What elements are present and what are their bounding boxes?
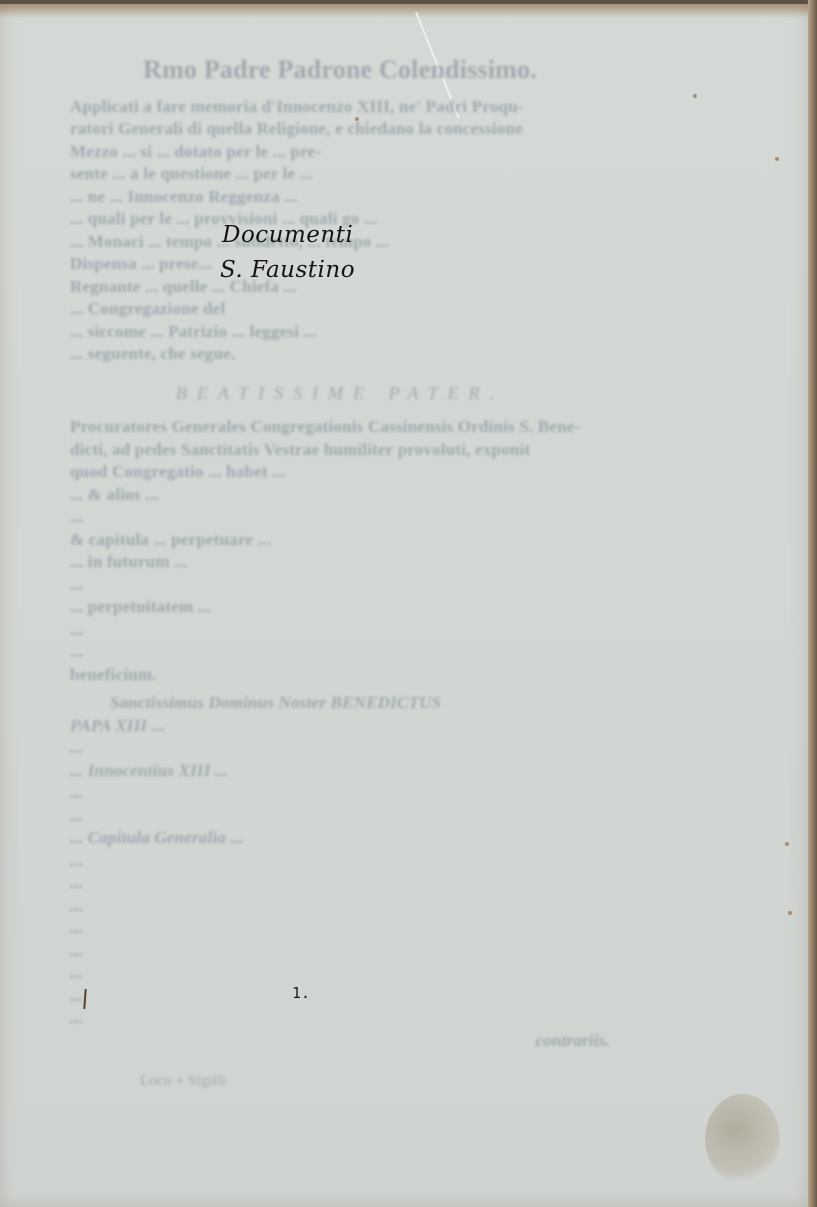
text-line: ... [70,962,610,985]
text-line: ratori Generali di quella Religione, e c… [70,118,610,141]
handwritten-label-line2: S. Faustino [220,257,355,283]
text-line: ... [70,574,610,597]
bleed-paragraph-2: Procuratores Generales Congregationis Ca… [70,416,610,686]
text-line: ... ne ... Innocenzo Reggenza ... [70,186,610,209]
text-line: PAPA XIII ... [70,715,610,738]
text-line: ... [70,895,610,918]
text-line: ... seguente, che segue. [70,343,610,366]
text-line: ... [70,805,610,828]
text-line: ... in futurum ... [70,551,610,574]
text-line: ... Innocentius XIII ... [70,760,610,783]
text-line: beneficium. [70,664,610,687]
text-line: ... [70,917,610,940]
foxing-spot [775,157,779,161]
page-number-mark: 1. [292,984,310,1002]
text-line: ... Capitula Generalia ... [70,827,610,850]
bleed-subheading: BEATISSIME PATER. [70,382,610,405]
bleed-heading: Rmo Padre Padrone Colendissimo. [70,59,610,82]
text-line: Mezzo ... si ... dotato per le ... pre- [70,141,610,164]
text-line: sente ... a le questione ... per le ... [70,163,610,186]
text-line: ... [70,782,610,805]
text-line: dicti, ad pedes Sanctitatis Vestrae humi… [70,439,610,462]
text-line: quod Congregatio ... habet ... [70,461,610,484]
water-stain [705,1094,780,1184]
text-line: ... [70,850,610,873]
text-line: Procuratores Generales Congregationis Ca… [70,416,610,439]
text-line: ... [70,1007,610,1030]
text-line: ... [70,940,610,963]
page-right-edge [808,0,817,1207]
bleed-signature: Loco + Sigilli [140,1070,610,1093]
foxing-spot [785,842,789,846]
text-line: ... [70,619,610,642]
handwritten-label-line1: Documenti [222,222,353,248]
top-edge-stain [0,4,808,18]
text-line: ... Congregazione del [70,298,610,321]
text-line: ... [70,872,610,895]
text-line: Applicati a fare memoria d'Innocenzo XII… [70,96,610,119]
text-line: ... siccome ... Patrizio ... leggesi ... [70,321,610,344]
bleed-paragraph-3: Sanctissimus Dominus Noster BENEDICTUS P… [70,692,610,1052]
text-line: & capitula ... perpetuare ... [70,529,610,552]
text-line: ... [70,641,610,664]
text-line: ... & alios ... [70,484,610,507]
foxing-spot [355,117,359,121]
bleed-through-text: Rmo Padre Padrone Colendissimo. Applicat… [70,59,610,1093]
text-line: contrariis. [70,1030,610,1053]
text-line: Sanctissimus Dominus Noster BENEDICTUS [70,692,610,715]
foxing-spot [693,94,697,98]
foxing-spot [788,911,792,915]
text-line: ... [70,985,610,1008]
text-line: ... perpetuitatem ... [70,596,610,619]
text-line: ... [70,506,610,529]
document-page: Rmo Padre Padrone Colendissimo. Applicat… [0,4,808,1207]
text-line: ... [70,737,610,760]
